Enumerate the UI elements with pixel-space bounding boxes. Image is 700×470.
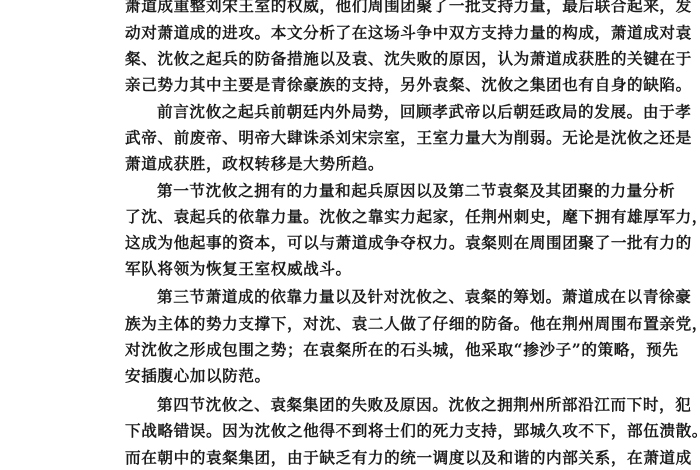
text-line: 对沈攸之形成包围之势；在袁粲所在的石头城，他采取“掺沙子”的策略，预先 [125,340,615,360]
text-line: 族为主体的势力支撑下，对沈、袁二人做了仔细的防备。他在荆州周围布置亲党， [125,314,615,334]
text-line: 动对萧道成的进攻。本文分析了在这场斗争中双方支持力量的构成，萧道成对袁 [125,23,615,43]
text-line: 下战略错误。因为沈攸之他得不到将士们的死力支持，郢城久攻不下，部伍溃散。 [125,421,615,441]
text-line: 萧道成重整刘宋王室的权威，他们周围团聚了一批支持力量，最后联合起来，发 [125,0,615,16]
text-line: 这成为他起事的资本，可以与萧道成争夺权力。袁粲则在周围团聚了一批有力的 [125,233,615,253]
text-line: 而在朝中的袁粲集团，由于缺乏有力的统一调度以及和谐的内部关系，在萧道成 [125,448,615,468]
text-line: 了沈、袁起兵的依靠力量。沈攸之靠实力起家，任荆州刺史，麾下拥有雄厚军力， [125,207,615,227]
paragraph-last-line: 军队将领为恢复王室权威战斗。 [125,259,615,279]
paragraph-last-line: 萧道成获胜，政权转移是大势所趋。 [125,154,615,174]
text-line: 亲己势力其中主要是青徐豪族的支持，另外袁粲、沈攸之集团也有自身的缺陷。 [125,75,615,95]
document-page: 萧道成重整刘宋王室的权威，他们周围团聚了一批支持力量，最后联合起来，发 动对萧道… [0,0,700,470]
paragraph-first-line: 第三节萧道成的依靠力量以及针对沈攸之、袁粲的筹划。萧道成在以青徐豪 [157,287,615,307]
paragraph-first-line: 前言沈攸之起兵前朝廷内外局势，回顾孝武帝以后朝廷政局的发展。由于孝 [157,102,615,122]
paragraph-first-line: 第四节沈攸之、袁粲集团的失败及原因。沈攸之拥荆州所部沿江而下时，犯 [157,395,615,415]
paragraph-last-line: 安插腹心加以防范。 [125,366,615,386]
text-line: 粲、沈攸之起兵的防备措施以及袁、沈失败的原因，认为萧道成获胜的关键在于 [125,49,615,69]
text-line: 武帝、前废帝、明帝大肆诛杀刘宋宗室，王室力量大为削弱。无论是沈攸之还是 [125,128,615,148]
paragraph-first-line: 第一节沈攸之拥有的力量和起兵原因以及第二节袁粲及其团聚的力量分析 [157,181,615,201]
